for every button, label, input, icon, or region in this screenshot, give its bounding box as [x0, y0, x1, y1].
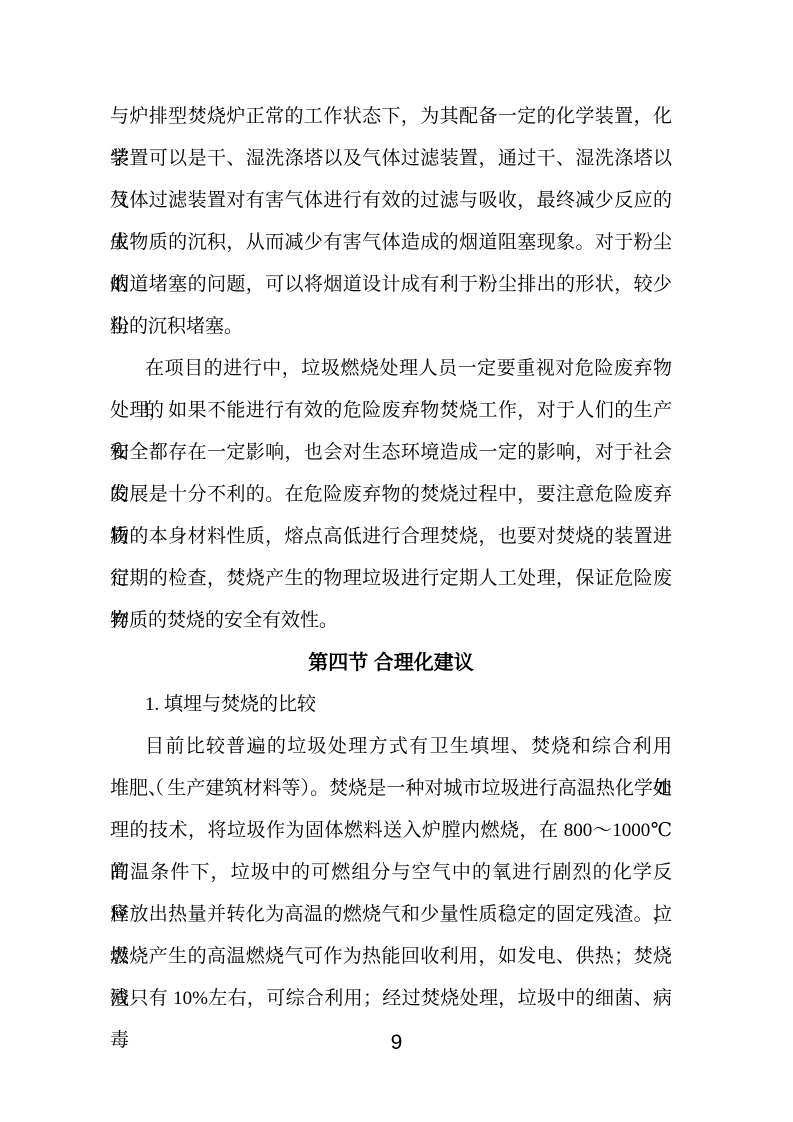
- text-line: 气体过滤装置对有害气体进行有效的过滤与吸收，最终减少反应的生: [110, 180, 672, 222]
- text-line: 与炉排型焚烧炉正常的工作状态下，为其配备一定的化学装置，化学: [110, 96, 672, 138]
- text-line: 物质的焚烧的安全有效性。: [110, 600, 672, 642]
- list-item: 1. 填埋与焚烧的比较: [110, 684, 672, 726]
- text-line: 定期的检查，焚烧产生的物理垃圾进行定期人工处理，保证危险废弃: [110, 558, 672, 600]
- text-line: 释放出热量并转化为高温的燃烧气和少量性质稳定的固定残渣。垃圾: [110, 894, 672, 936]
- document-body: 与炉排型焚烧炉正常的工作状态下，为其配备一定的化学装置，化学 装置可以是干、湿洗…: [110, 96, 672, 1020]
- text-line: 安全都存在一定影响，也会对生态环境造成一定的影响，对于社会的: [110, 432, 672, 474]
- text-line: 目前比较普遍的垃圾处理方式有卫生填埋、焚烧和综合利用（如: [110, 726, 672, 768]
- text-line: 在项目的进行中，垃圾燃烧处理人员一定要重视对危险废弃物的: [110, 348, 672, 390]
- text-line: 渣只有 10%左右，可综合利用；经过焚烧处理，垃圾中的细菌、病毒: [110, 978, 672, 1020]
- text-line: 高温条件下，垃圾中的可燃组分与空气中的氧进行剧烈的化学反应，: [110, 852, 672, 894]
- text-line: 尘的沉积堵塞。: [110, 306, 672, 348]
- document-page: 与炉排型焚烧炉正常的工作状态下，为其配备一定的化学装置，化学 装置可以是干、湿洗…: [0, 0, 793, 1122]
- text-line: 质的本身材料性质，熔点高低进行合理焚烧，也要对焚烧的装置进行: [110, 516, 672, 558]
- text-line: 堆肥、生产建筑材料等）。焚烧是一种对城市垃圾进行高温热化学处: [110, 768, 672, 810]
- text-line: 燃烧产生的高温燃烧气可作为热能回收利用，如发电、供热；焚烧残: [110, 936, 672, 978]
- text-line: 发展是十分不利的。在危险废弃物的焚烧过程中，要注意危险废弃物: [110, 474, 672, 516]
- text-line: 处理，如果不能进行有效的危险废弃物焚烧工作，对于人们的生产和: [110, 390, 672, 432]
- page-number: 9: [0, 1028, 793, 1058]
- text-line: 成物质的沉积，从而减少有害气体造成的烟道阻塞现象。对于粉尘的: [110, 222, 672, 264]
- text-line: 烟道堵塞的问题，可以将烟道设计成有利于粉尘排出的形状，较少粉: [110, 264, 672, 306]
- section-heading: 第四节 合理化建议: [110, 642, 672, 684]
- text-line: 装置可以是干、湿洗涤塔以及气体过滤装置，通过干、湿洗涤塔以及: [110, 138, 672, 180]
- text-line: 理的技术，将垃圾作为固体燃料送入炉膛内燃烧，在 800～1000℃的: [110, 810, 672, 852]
